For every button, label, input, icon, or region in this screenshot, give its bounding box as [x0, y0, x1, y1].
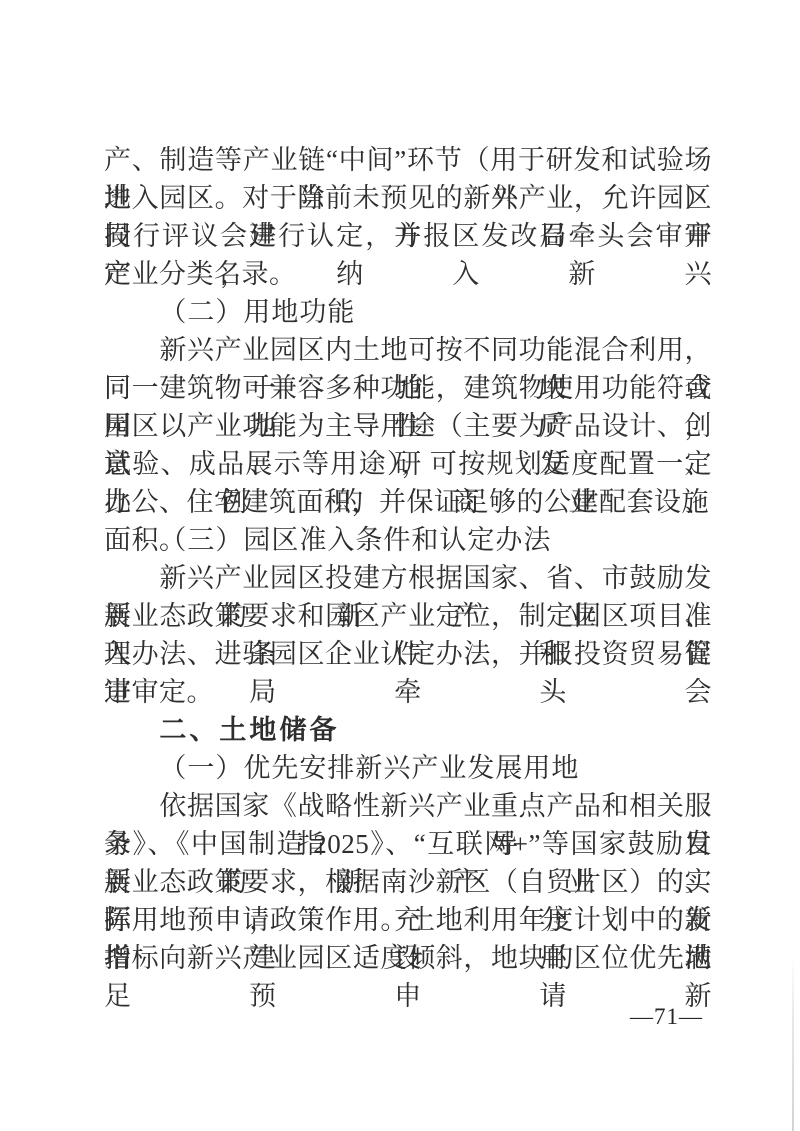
text-line: 办公、住宅建筑面积，并保证足够的公建配套设施面积。 — [104, 483, 712, 521]
text-line: 同一建筑物可兼容多种功能，建筑物使用功能符合用地性质， — [104, 369, 712, 407]
text-line: 园区以产业功能为主导用途（主要为产品设计、创意、研发、 — [104, 407, 712, 445]
text-line: 挥用地预申请政策作用。土地利用年度计划中的新增建设用地 — [104, 901, 712, 939]
subsection-heading: （二）用地功能 — [104, 293, 712, 331]
text-line: 新兴产业园区内土地可按不同功能混合利用，同一地块或 — [104, 331, 712, 369]
document-page: 产、制造等产业链“中间”环节（用于研发和试验场地除外）进入园区。对于当前未预见的… — [0, 0, 800, 1131]
text-line: 试验、成品展示等用途），可按规划适度配置一定比例的商业、 — [104, 445, 712, 483]
page-number: —71— — [630, 1004, 703, 1030]
subsection-heading: （三）园区准入条件和认定办法 — [104, 521, 712, 559]
text-line: 新业态政策要求，根据南沙新区（自贸片区）的实际，充分发 — [104, 863, 712, 901]
section-heading: 二、土地储备 — [104, 711, 712, 749]
text-line: 同行评议会进行认定，并报区发改局牵头会审审定，纳入新兴 — [104, 217, 712, 255]
text-line: 指标向新兴产业园区适度倾斜，地块的区位优先满足预申请新 — [104, 939, 712, 977]
text-line: 依据国家《战略性新兴产业重点产品和相关服务指导目 — [104, 787, 712, 825]
document-body: 产、制造等产业链“中间”环节（用于研发和试验场地除外）进入园区。对于当前未预见的… — [104, 141, 712, 977]
text-line: 进入园区。对于当前未预见的新兴产业，允许园区投建方召开 — [104, 179, 712, 217]
text-line: 新兴产业园区投建方根据国家、省、市鼓励发展的新产业、 — [104, 559, 712, 597]
text-line: 理办法、进驻园区企业认定办法，并报投资贸易促进局牵头会 — [104, 635, 712, 673]
text-line: 录》、《中国制造 2025》、“互联网+”等国家鼓励发展的新产业、 — [104, 825, 712, 863]
text-line: 产、制造等产业链“中间”环节（用于研发和试验场地除外） — [104, 141, 712, 179]
scan-artifact-line — [792, 955, 794, 1131]
text-line: 新业态政策要求和园区产业定位，制定园区项目准入条件和管 — [104, 597, 712, 635]
subsection-heading: （一）优先安排新兴产业发展用地 — [104, 749, 712, 787]
